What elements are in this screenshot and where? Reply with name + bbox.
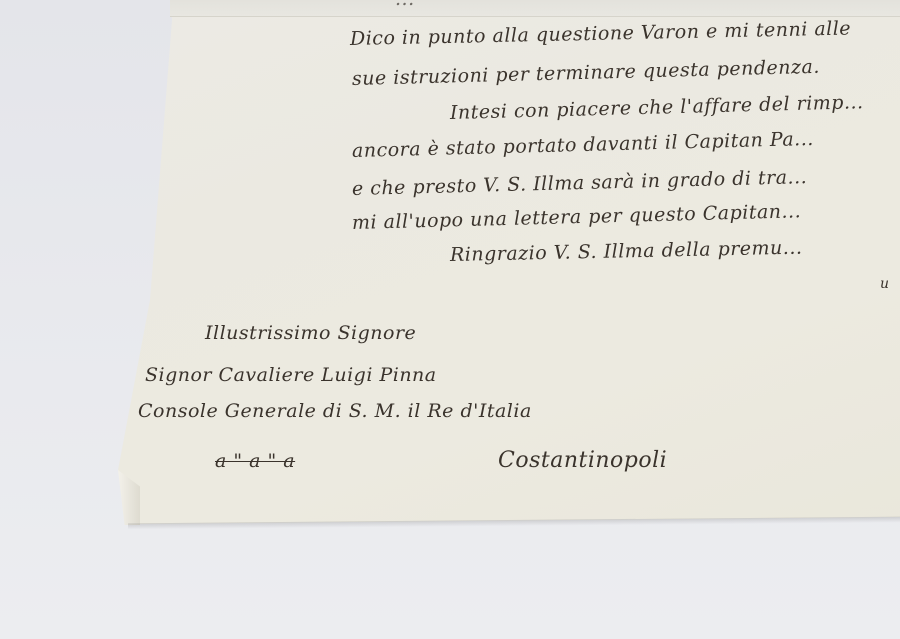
address-city: Costantinopoli [498, 448, 667, 473]
scene: ... Dico in punto alla questione Varon e… [0, 0, 900, 639]
address-salutation: Illustrissimo Signore [205, 322, 416, 344]
paper-fold [170, 0, 900, 17]
body-line-0: ... [395, 0, 415, 10]
address-name: Signor Cavaliere Luigi Pinna [145, 364, 437, 386]
address-title: Console Generale di S. M. il Re d'Italia [138, 400, 532, 422]
address-ditto-marks: a " a " a [215, 450, 295, 472]
body-line-8: u [880, 276, 890, 292]
